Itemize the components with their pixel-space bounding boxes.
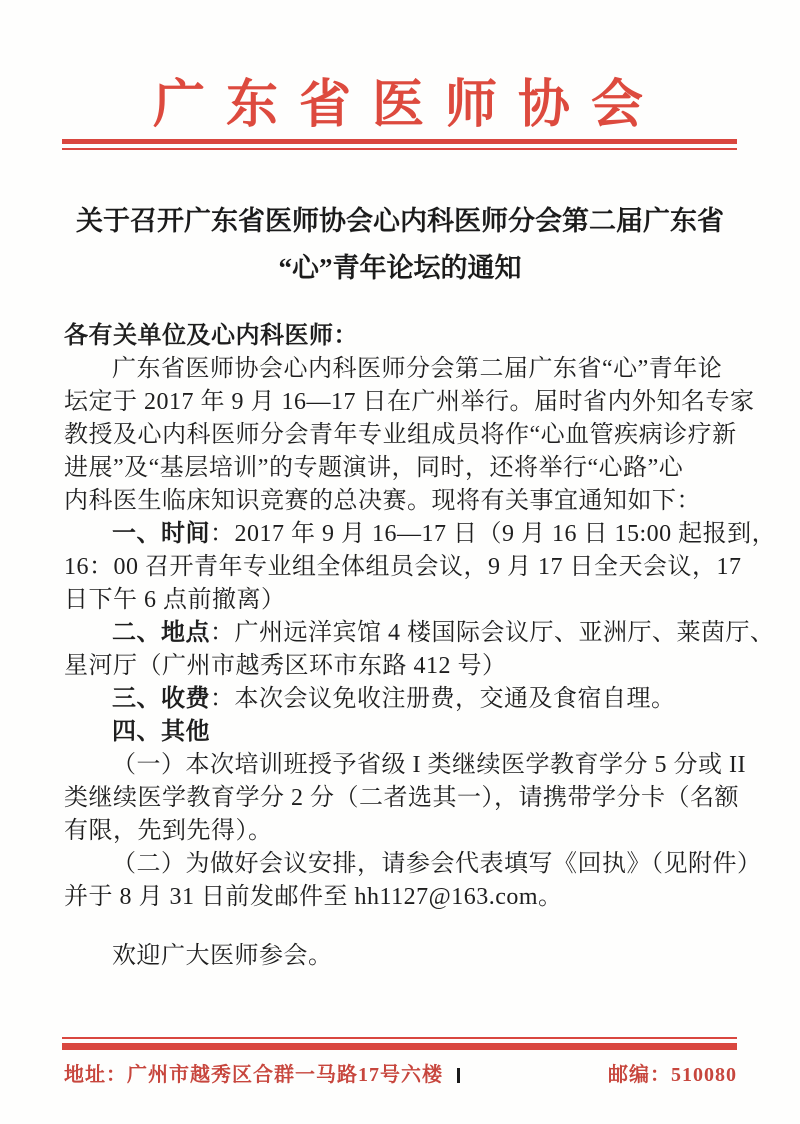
body-line: 广东省医师协会心内科医师分会第二届广东省“心”青年论	[64, 353, 738, 386]
body-line: 教授及心内科医师分会青年专业组成员将作“心血管疾病诊疗新	[64, 419, 738, 452]
document-title-line1: 关于召开广东省医师协会心内科医师分会第二届广东省	[60, 198, 740, 245]
body-lines: 各有关单位及心内科医师：广东省医师协会心内科医师分会第二届广东省“心”青年论坛定…	[64, 320, 738, 914]
footer-address: 地址：广州市越秀区合群一马路17号六楼	[64, 1058, 460, 1087]
org-name: 广 东 省 医 师 协 会	[0, 62, 800, 137]
document-title-line2: “心”青年论坛的通知	[60, 245, 740, 292]
body-line: 并于 8 月 31 日前发邮件至 hh1127@163.com。	[64, 881, 738, 914]
header-rule-thin	[62, 148, 737, 150]
footer-address-text: 地址：广州市越秀区合群一马路17号六楼	[64, 1064, 443, 1086]
body-line: 各有关单位及心内科医师：	[64, 320, 738, 353]
body-line: 星河厅（广州市越秀区环市东路 412 号）	[64, 650, 738, 683]
body-line: 四、其他	[64, 716, 738, 749]
body-line: 日下午 6 点前撤离）	[64, 584, 738, 617]
body-line: （一）本次培训班授予省级 I 类继续医学教育学分 5 分或 II	[64, 749, 738, 782]
body-line: 坛定于 2017 年 9 月 16—17 日在广州举行。届时省内外知名专家	[64, 386, 738, 419]
body-line: 16：00 召开青年专业组全体组员会议，9 月 17 日全天会议，17	[64, 551, 738, 584]
body-line: 三、收费：本次会议免收注册费，交通及食宿自理。	[64, 683, 738, 716]
body-line: 类继续医学教育学分 2 分（二者选其一），请携带学分卡（名额	[64, 782, 738, 815]
body-line: 有限，先到先得）。	[64, 815, 738, 848]
body-line: （二）为做好会议安排，请参会代表填写《回执》（见附件）	[64, 848, 738, 881]
header-rule-thick	[62, 139, 737, 144]
body-line: 一、时间：2017 年 9 月 16—17 日（9 月 16 日 15:00 起…	[64, 518, 738, 551]
document-page: 广 东 省 医 师 协 会 关于召开广东省医师协会心内科医师分会第二届广东省 “…	[0, 0, 800, 1124]
footer-postcode: 邮编：510080	[608, 1058, 737, 1087]
footer-rule-thin	[62, 1037, 737, 1039]
scan-artifact-mark	[457, 1068, 460, 1083]
body-line: 内科医生临床知识竞赛的总决赛。现将有关事宜通知如下：	[64, 485, 738, 518]
body-line: 二、地点：广州远洋宾馆 4 楼国际会议厅、亚洲厅、莱茵厅、	[64, 617, 738, 650]
notice-body: 各有关单位及心内科医师：广东省医师协会心内科医师分会第二届广东省“心”青年论坛定…	[64, 320, 738, 973]
footer-rule-thick	[62, 1043, 737, 1050]
document-title: 关于召开广东省医师协会心内科医师分会第二届广东省 “心”青年论坛的通知	[60, 198, 740, 292]
closing-line: 欢迎广大医师参会。	[64, 940, 738, 973]
body-line: 进展”及“基层培训”的专题演讲，同时，还将举行“心路”心	[64, 452, 738, 485]
footer: 地址：广州市越秀区合群一马路17号六楼 邮编：510080	[64, 1058, 737, 1087]
